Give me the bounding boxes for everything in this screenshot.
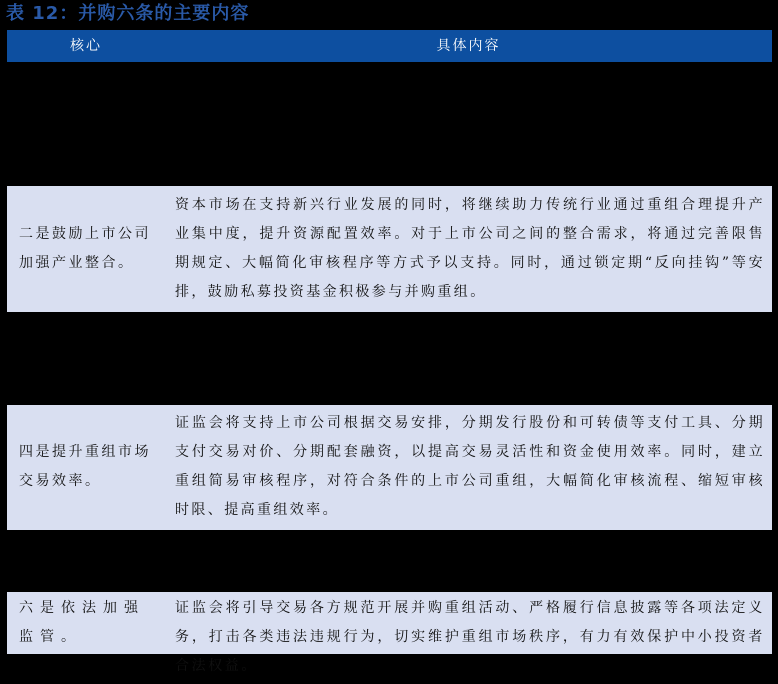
- header-content: 具体内容: [165, 30, 772, 62]
- table-row: 六是依法加强监管。 证监会将引导交易各方规范开展并购重组活动、严格履行信息披露等…: [7, 592, 772, 654]
- header-core: 核心: [7, 30, 165, 62]
- row-core-cell: 四是提升重组市场交易效率。: [19, 438, 159, 496]
- table-title: 表 12：并购六条的主要内容: [6, 2, 249, 26]
- row-content-cell: 证监会将引导交易各方规范开展并购重组活动、严格履行信息披露等各项法定义务，打击各…: [175, 594, 765, 681]
- row-content-cell: 证监会将支持上市公司根据交易安排，分期发行股份和可转债等支付工具、分期支付交易对…: [175, 409, 765, 525]
- row-core-cell: 六是依法加强监管。: [19, 594, 159, 652]
- row-content-cell: 资本市场在支持新兴行业发展的同时，将继续助力传统行业通过重组合理提升产业集中度，…: [175, 191, 765, 307]
- table-row: 二是鼓励上市公司加强产业整合。 资本市场在支持新兴行业发展的同时，将继续助力传统…: [7, 186, 772, 312]
- table-header: 核心 具体内容: [7, 30, 772, 62]
- row-core-cell: 二是鼓励上市公司加强产业整合。: [19, 220, 159, 278]
- table-row: 四是提升重组市场交易效率。 证监会将支持上市公司根据交易安排，分期发行股份和可转…: [7, 405, 772, 530]
